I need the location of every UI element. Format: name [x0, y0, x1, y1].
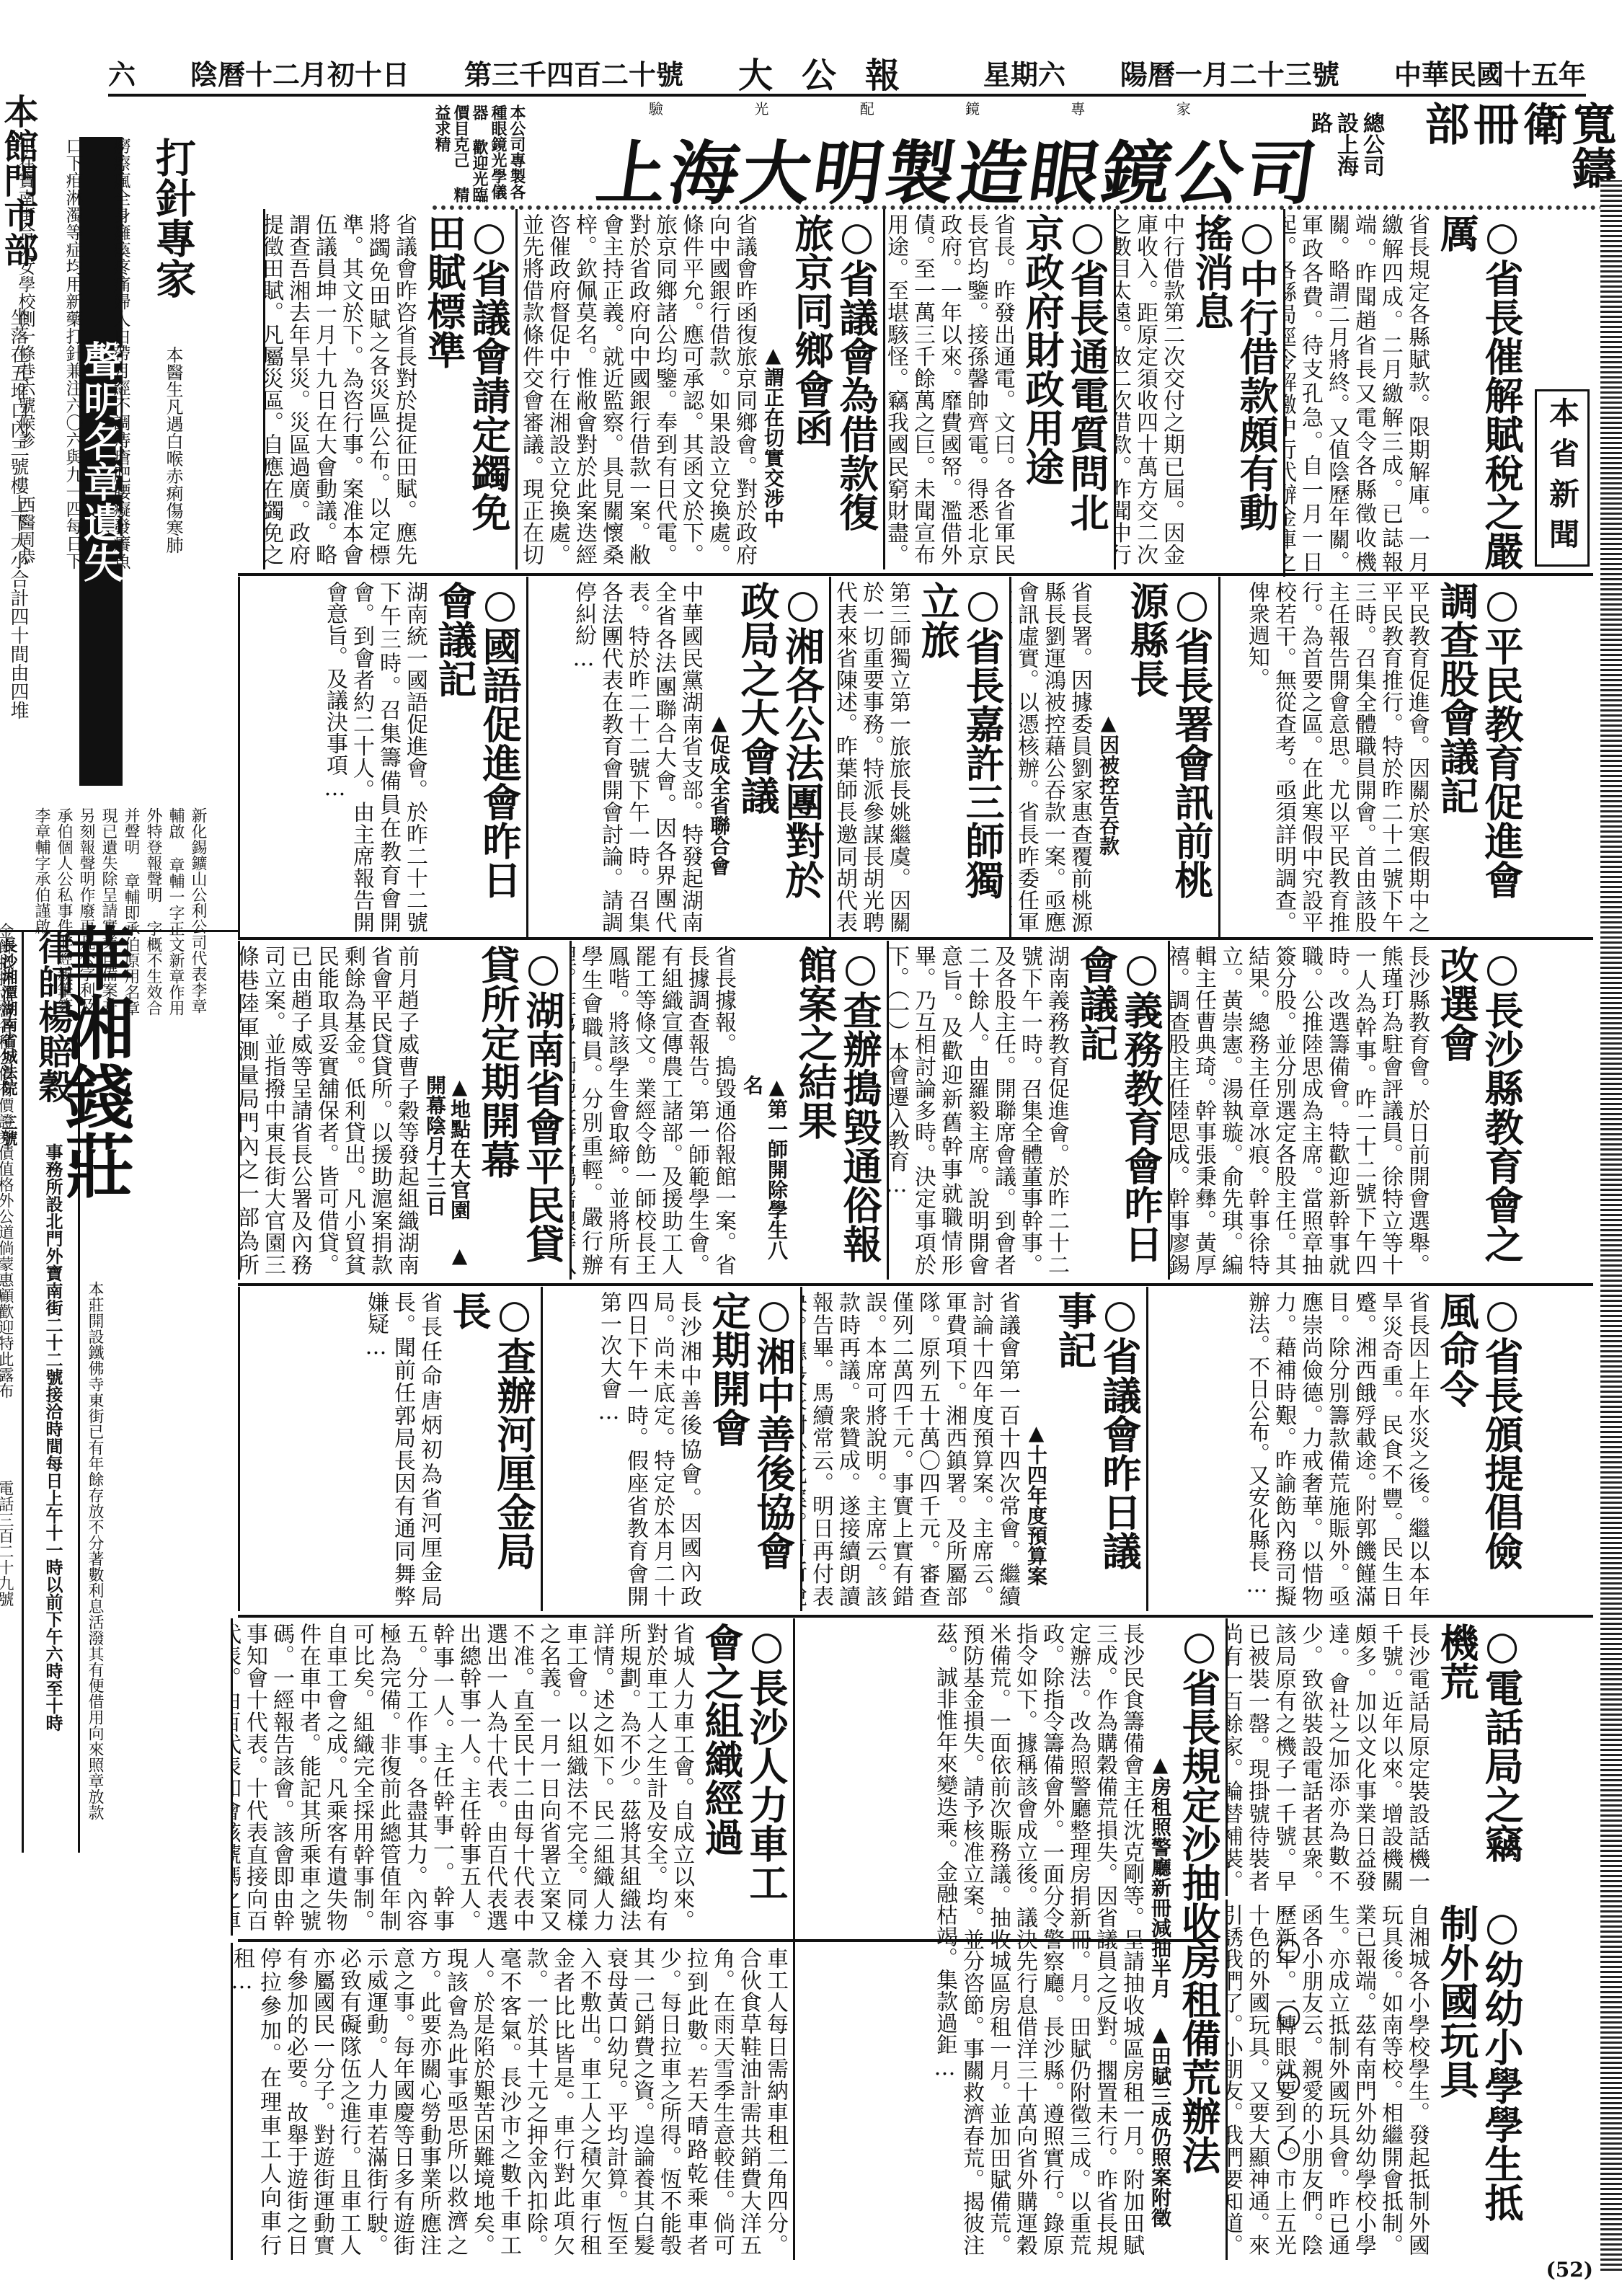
date-roc: 中華民國十五年	[1394, 53, 1586, 92]
article-body: 長沙縣教育會。於日前開會選舉。熊瑾玎為駐會評議員。徐特立等十一人為幹事。昨二十二…	[1168, 945, 1430, 1275]
article-telegram-beijing: 省長通電質問北京政府財政用途 省長。昨發出通電。文曰。各省軍民長官均鑒。接孫馨帥…	[883, 209, 1114, 569]
article-tax-remittance: 省長催解賦稅之嚴厲 省長規定各縣賦款。限期解庫。一月繳解四成。二月繳解三成。已誌…	[1283, 209, 1528, 577]
ad-injection-title: 打針專家	[149, 137, 197, 298]
article-body: 省長任命唐炳初為省河厘金局長。聞前任郭局長因有通同舞弊嫌疑…	[363, 1291, 443, 1607]
article-subhead: ▲地點在大官園 ▲開幕陰月十三日	[422, 945, 471, 1275]
article-body: 前月趙子威曹子穀等發起組織湖南省會平民貸貸所。以援助滬案捐款剩餘為基金。低利貸出…	[238, 945, 420, 1275]
article-foreign-toys-boycott: 幼幼小學學生抵制外國玩具 自湘城各小學校學生。發起抵制外國玩具後。如南等校。相繼…	[1226, 1900, 1528, 2260]
banner-address: 總公司 設上海 路	[1306, 112, 1384, 198]
article-headline: 湘中善後協會定期開會	[706, 1291, 796, 1607]
article-assembly-loan-reply: 省議會為借款復旅京同鄉會函 ▲謂正在切實交涉中 省議會昨函復旅京同鄉會。對於政府…	[515, 209, 883, 569]
article-taoyuan-trial: 省長署會訊前桃源縣長 ▲因被控告吞款 省長署。因據委員劉家惠查覆前桃源縣長劉運鴻…	[1009, 577, 1218, 937]
article-changsha-education-election: 長沙縣教育會之改選會 長沙縣教育會。於日前開會選舉。熊瑾玎為駐會評議員。徐特立等…	[1168, 941, 1528, 1280]
article-headline: 省長催解賦稅之嚴厲	[1435, 213, 1524, 572]
article-body: 省議會第一百十四次常會。繼續討論十四年度預算案。主席云。軍費項下。湘西鎮署。及所…	[800, 1291, 1021, 1607]
issue-number: 第三千四百二十號	[464, 53, 683, 92]
ad-injection-doctor: 打針專家 本醫生凡遇白喉赤痢傷寒肺癆瘵瘋全身癱瘓疼痛婦人白帶月經不調痔瘡肥腰癡發…	[130, 137, 202, 569]
article-headline: 省議會為借款復旅京同鄉會函	[789, 213, 879, 565]
article-body: 自湘城各小學校學生。發起抵制外國玩具後。如南等校。相繼開會抵制。業已報端。茲有南…	[1226, 1904, 1430, 2256]
ad-lawyer-title: 律師楊賠穀	[32, 930, 73, 1103]
article-subhead: ▲因被控告吞款	[1096, 581, 1120, 933]
banner-tagline: 本公司專製各種眼鏡光學儀器 歡迎光臨 價目克己 精益求精	[433, 105, 526, 213]
article-headline: 電話局之竊機荒	[1435, 1623, 1524, 1892]
article-body: 省長因上年水災之後。繼以本年旱災奇重。民食不豐。民生日蹙。湘西餓殍載途。附郭饑饉…	[1244, 1291, 1430, 1607]
article-frugality-order: 省長頒提倡儉風命令 省長因上年水災之後。繼以本年旱災奇重。民食不豐。民生日蹙。湘…	[1146, 1287, 1528, 1611]
section-label: 本省新聞	[1535, 389, 1590, 567]
article-headline: 義務教育會昨日會議記	[1074, 945, 1164, 1275]
article-headline: 省長頒提倡儉風命令	[1435, 1291, 1524, 1607]
article-body: 湖南統一國語促進會。於昨二十二號下午三時。召集籌備員在教育會開會。到會者約二十人…	[322, 581, 428, 933]
horizontal-rule	[238, 573, 1593, 576]
decorative-border	[1600, 180, 1622, 2271]
article-subhead: ▲第一師開除學生八名	[740, 945, 789, 1275]
horizontal-rule	[238, 1615, 1593, 1618]
article-body: 省城人力車工會。自成立以來。對於車工人之生計及安全。均有所規劃。為不少。茲將其組…	[231, 1623, 695, 1931]
article-subhead: ▲促成全省聯合會	[706, 581, 731, 933]
article-rickshaw-union: 長沙人力車工會之組織經過 省城人力車工會。自成立以來。對於車工人之生計及安全。均…	[231, 1618, 793, 1936]
date-solar: 陽曆一月二十三號	[1120, 53, 1339, 92]
article-legal-groups: 湘各公法團對於政局之大會議 ▲促成全省聯合會 中華國民黨湖南省支部。特發起湖南全…	[526, 577, 829, 937]
article-headline: 省議會昨日議事記	[1052, 1291, 1142, 1607]
weekday-char: 六	[108, 53, 136, 92]
article-subhead: ▲十四年度預算案	[1024, 1291, 1048, 1607]
ad-lawyer: 律師楊賠穀 事務所設北門外寶南街二十二號接洽時間每日上午十一時以前下午六時至十時	[22, 930, 80, 1853]
ad-left-edge: 長沙湘潭湖南省城法院 三號	[0, 937, 20, 1860]
article-rickshaw-progress: 車工人每日需納車租二角四分。合伙食草鞋油計需共銷費大洋五角。在雨天雪季生意較佳。…	[231, 1943, 793, 2260]
horizontal-rule	[238, 1283, 1593, 1286]
article-headline: 中行借款頗有動搖消息	[1189, 213, 1279, 565]
article-mandarin-promotion: 國語促進會昨日會議記 湖南統一國語促進會。於昨二十二號下午三時。召集籌備員在教育…	[238, 577, 526, 937]
article-headline: 平民教育促進會調查股會議記	[1435, 581, 1524, 933]
article-headline: 湖南省會平民貸貸所定期開幕	[476, 945, 565, 1275]
article-body: 省長。昨發出通電。文曰。各省軍民長官均鑒。接孫馨帥齊電。得悉北京政府。一年以來。…	[883, 213, 1016, 565]
article-body: 省長規定各縣賦款。限期解庫。一月繳解四成。二月繳解三成。已誌報端。昨聞趙省長又電…	[1283, 213, 1430, 572]
banner-subtitle: 驗 光 配 鏡 專 家	[649, 97, 1234, 118]
article-body: 省長署。因據委員劉家惠查覆前桃源縣長劉運鴻被控藉公吞款一案。亟應會訊虛實。以憑核…	[1009, 581, 1093, 933]
weekday: 星期六	[983, 53, 1065, 92]
article-newspaper-riot: 查辦搗毀通俗報館案之結果 ▲第一師開除學生八名 省長據報。搗毀通俗報館一案。省長…	[570, 941, 887, 1280]
article-lijin-bureau: 查辦河厘金局長 省長任命唐炳初為省河厘金局長。聞前任郭局長因有通同舞弊嫌疑…	[238, 1287, 541, 1611]
banner-brand: 寬鑄衛 冊 部	[1419, 101, 1615, 202]
article-body: 省議會昨咨省長對於提征田賦。應先將蠲免田賦之各災區公布。以定標準。其文於下。為咨…	[263, 213, 417, 565]
article-body: 省議會昨函復旅京同鄉會。對於政府向中國銀行借款。如果設立兌換處。條件平允。應可承…	[515, 213, 758, 565]
article-xiangzhong-association: 湘中善後協會定期開會 長沙湘中善後協會。因國內政局。尚未底定。特定於本月二十四日…	[541, 1287, 800, 1611]
horizontal-rule	[238, 1939, 1218, 1942]
article-headline: 省長嘉許三師獨立旅	[916, 581, 1005, 933]
article-body: 湖南義務教育促進會。於昨二十二號下午一時。召集全體董事幹事。及各股主任。開聯席會…	[887, 945, 1070, 1275]
article-budget-debate: 省議會昨日議事記 ▲十四年度預算案 省議會第一百十四次常會。繼續討論十四年度預算…	[800, 1287, 1146, 1611]
article-body: 平民教育促進會。因關於寒假期中之平民教育推行。特於昨二十二號下午三時。召集全體職…	[1244, 581, 1430, 933]
article-headline: 省長通電質問北京政府財政用途	[1020, 213, 1109, 565]
article-subhead: ▲謂正在切實交涉中	[761, 213, 785, 565]
article-headline: 查辦搗毀通俗報館案之結果	[793, 945, 882, 1275]
masthead: 中華民國十五年 陽曆一月二十三號 星期六 大公報 第三千四百二十號 陰曆十二月初…	[108, 50, 1586, 97]
article-body: 中華國民黨湖南省支部。特發起湖南全省各法團聯合大會。因各界團代表。特於昨二十二號…	[570, 581, 704, 933]
page-number: (52)	[1546, 2258, 1593, 2282]
banner-advertisement: 本公司專製各種眼鏡光學儀器 歡迎光臨 價目克己 精益求精 驗 光 配 鏡 專 家…	[433, 97, 1622, 210]
article-body: 長沙湘中善後協會。因國內政局。尚未底定。特定於本月二十四日下午一時。假座省教育會…	[595, 1291, 702, 1607]
article-bank-loan: 中行借款頗有動搖消息 中行借款第二次交付之期已屆。因金庫收入。距原定須收四十萬方…	[1114, 209, 1283, 569]
article-headline: 湘各公法團對於政局之大會議	[735, 581, 825, 933]
article-headline: 國語促進會昨日會議記	[433, 581, 522, 933]
article-headline: 省議會請定蠲免田賦標準	[422, 213, 511, 565]
date-lunar: 陰曆十二月初十日	[190, 53, 409, 92]
horizontal-rule	[238, 937, 1593, 940]
ornament-circles: ○ ○ ○ ○	[1272, 1932, 1306, 2164]
article-body: 中行借款第二次交付之期已屆。因金庫收入。距原定須收四十萬方交二次之數目太遠。故二…	[1114, 213, 1185, 565]
article-compulsory-education: 義務教育會昨日會議記 湖南義務教育促進會。於昨二十二號下午一時。召集全體董事幹事…	[887, 941, 1168, 1280]
article-tax-exemption: 省議會請定蠲免田賦標準 省議會昨咨省長對於提征田賦。應先將蠲免田賦之各災區公布。…	[263, 209, 515, 569]
ad-huaxiang-bank: 華湘錢莊 本莊開設鐵佛寺東街已有年餘存放不分著數利息活潑其有便借用向來照章放款金…	[72, 923, 144, 1831]
article-poor-loan-office: 湖南省會平民貸貸所定期開幕 ▲地點在大官園 ▲開幕陰月十三日 前月趙子威曹子穀等…	[238, 941, 570, 1280]
article-body: 第三師獨立第一旅旅長姚繼虞。因關於一切重要事務。特派參謀長胡光聘代表來省陳述。昨…	[829, 581, 911, 933]
article-headline: 長沙縣教育會之改選會	[1435, 945, 1524, 1275]
article-body: 長沙電話局原定裝設話機一千號。近年以來。增設機關頗多。加以文化事業日益發達。會社…	[1226, 1623, 1430, 1892]
article-body: 車工人每日需納車租二角四分。合伙食草鞋油計需共銷費大洋五角。在雨天雪季生意較佳。…	[231, 1947, 789, 2256]
article-headline: 幼幼小學學生抵制外國玩具	[1435, 1904, 1524, 2256]
article-telephone-shortage: 電話局之竊機荒 長沙電話局原定裝設話機一千號。近年以來。增設機關頗多。加以文化事…	[1226, 1618, 1528, 1896]
ad-lawyer-body: 事務所設北門外寶南街二十二號接洽時間每日上午十一時以前下午六時至十時	[43, 1143, 63, 1732]
newspaper-title: 大公報	[738, 48, 929, 97]
article-third-division: 省長嘉許三師獨立旅 第三師獨立第一旅旅長姚繼虞。因關於一切重要事務。特派參謀長胡…	[829, 577, 1009, 937]
article-body: 省長據報。搗毀通俗報館一案。省長據調查報告。第一師範學生會。有組織宣傳農工諸部。…	[570, 945, 737, 1275]
banner-company-name: 上海大明製造眼鏡公司	[591, 119, 1326, 218]
article-headline: 省長署會訊前桃源縣長	[1125, 581, 1214, 933]
article-headline: 查辦河厘金局長	[447, 1291, 536, 1607]
article-headline: 長沙人力車工會之組織經過	[699, 1623, 789, 1931]
article-civic-education: 平民教育促進會調查股會議記 平民教育促進會。因關於寒假期中之平民教育推行。特於昨…	[1218, 577, 1528, 937]
